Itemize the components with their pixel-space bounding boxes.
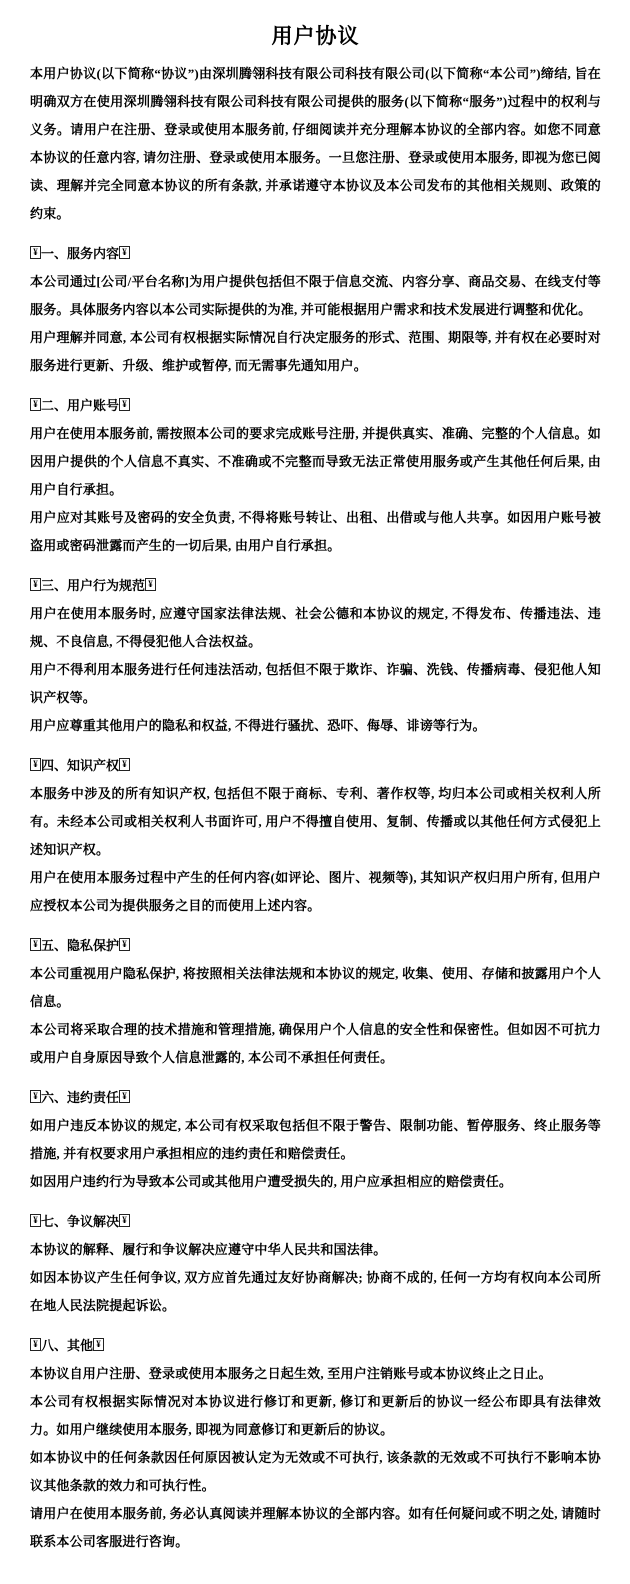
missing-glyph-icon: ¥ xyxy=(30,398,41,411)
missing-glyph-icon: ¥ xyxy=(30,578,41,591)
missing-glyph-icon: ¥ xyxy=(119,246,130,259)
section-user-account: ¥二、用户账号¥ 用户在使用本服务前, 需按照本公司的要求完成账号注册, 并提供… xyxy=(30,392,601,560)
section-heading: ¥八、其他¥ xyxy=(30,1332,601,1360)
section-heading-text: 四、知识产权 xyxy=(41,758,119,773)
section-heading: ¥二、用户账号¥ xyxy=(30,392,601,420)
paragraph: 用户在使用本服务过程中产生的任何内容(如评论、图片、视频等), 其知识产权归用户… xyxy=(30,864,601,920)
paragraph: 用户在使用本服务前, 需按照本公司的要求完成账号注册, 并提供真实、准确、完整的… xyxy=(30,420,601,504)
section-heading-text: 八、其他 xyxy=(41,1338,93,1353)
paragraph: 如因用户违约行为导致本公司或其他用户遭受损失的, 用户应承担相应的赔偿责任。 xyxy=(30,1168,601,1196)
section-heading-text: 六、违约责任 xyxy=(41,1090,119,1105)
section-heading-text: 三、用户行为规范 xyxy=(41,578,145,593)
section-dispute-resolution: ¥七、争议解决¥ 本协议的解释、履行和争议解决应遵守中华人民共和国法律。 如因本… xyxy=(30,1208,601,1320)
missing-glyph-icon: ¥ xyxy=(145,578,156,591)
missing-glyph-icon: ¥ xyxy=(30,938,41,951)
section-breach-liability: ¥六、违约责任¥ 如用户违反本协议的规定, 本公司有权采取包括但不限于警告、限制… xyxy=(30,1084,601,1196)
section-miscellaneous: ¥八、其他¥ 本协议自用户注册、登录或使用本服务之日起生效, 至用户注销账号或本… xyxy=(30,1332,601,1556)
section-intellectual-property: ¥四、知识产权¥ 本服务中涉及的所有知识产权, 包括但不限于商标、专利、著作权等… xyxy=(30,752,601,920)
missing-glyph-icon: ¥ xyxy=(119,758,130,771)
paragraph: 本公司有权根据实际情况对本协议进行修订和更新, 修订和更新后的协议一经公布即具有… xyxy=(30,1388,601,1444)
section-heading-text: 七、争议解决 xyxy=(41,1214,119,1229)
paragraph: 本协议自用户注册、登录或使用本服务之日起生效, 至用户注销账号或本协议终止之日止… xyxy=(30,1360,601,1388)
missing-glyph-icon: ¥ xyxy=(119,398,130,411)
paragraph: 本服务中涉及的所有知识产权, 包括但不限于商标、专利、著作权等, 均归本公司或相… xyxy=(30,780,601,864)
missing-glyph-icon: ¥ xyxy=(119,1090,130,1103)
section-heading-text: 五、隐私保护 xyxy=(41,938,119,953)
section-heading: ¥六、违约责任¥ xyxy=(30,1084,601,1112)
missing-glyph-icon: ¥ xyxy=(30,1214,41,1227)
paragraph: 用户理解并同意, 本公司有权根据实际情况自行决定服务的形式、范围、期限等, 并有… xyxy=(30,324,601,380)
missing-glyph-icon: ¥ xyxy=(30,1338,41,1351)
section-heading: ¥五、隐私保护¥ xyxy=(30,932,601,960)
section-heading-text: 一、服务内容 xyxy=(41,246,119,261)
section-privacy: ¥五、隐私保护¥ 本公司重视用户隐私保护, 将按照相关法律法规和本协议的规定, … xyxy=(30,932,601,1072)
missing-glyph-icon: ¥ xyxy=(119,1214,130,1227)
intro-paragraph: 本用户协议(以下简称“协议”)由深圳腾翎科技有限公司科技有限公司(以下简称“本公… xyxy=(30,60,601,228)
paragraph: 如本协议中的任何条款因任何原因被认定为无效或不可执行, 该条款的无效或不可执行不… xyxy=(30,1444,601,1500)
paragraph: 用户应尊重其他用户的隐私和权益, 不得进行骚扰、恐吓、侮辱、诽谤等行为。 xyxy=(30,712,601,740)
user-agreement-document: 用户协议 本用户协议(以下简称“协议”)由深圳腾翎科技有限公司科技有限公司(以下… xyxy=(0,0,630,1584)
section-heading: ¥四、知识产权¥ xyxy=(30,752,601,780)
paragraph: 本协议的解释、履行和争议解决应遵守中华人民共和国法律。 xyxy=(30,1236,601,1264)
paragraph: 如用户违反本协议的规定, 本公司有权采取包括但不限于警告、限制功能、暂停服务、终… xyxy=(30,1112,601,1168)
paragraph: 本公司通过[公司/平台名称]为用户提供包括但不限于信息交流、内容分享、商品交易、… xyxy=(30,268,601,324)
missing-glyph-icon: ¥ xyxy=(30,246,41,259)
paragraph: 本公司将采取合理的技术措施和管理措施, 确保用户个人信息的安全性和保密性。但如因… xyxy=(30,1016,601,1072)
missing-glyph-icon: ¥ xyxy=(30,758,41,771)
section-heading: ¥三、用户行为规范¥ xyxy=(30,572,601,600)
paragraph: 用户不得利用本服务进行任何违法活动, 包括但不限于欺诈、诈骗、洗钱、传播病毒、侵… xyxy=(30,656,601,712)
missing-glyph-icon: ¥ xyxy=(93,1338,104,1351)
paragraph: 如因本协议产生任何争议, 双方应首先通过友好协商解决; 协商不成的, 任何一方均… xyxy=(30,1264,601,1320)
section-heading-text: 二、用户账号 xyxy=(41,398,119,413)
section-user-conduct: ¥三、用户行为规范¥ 用户在使用本服务时, 应遵守国家法律法规、社会公德和本协议… xyxy=(30,572,601,740)
paragraph: 用户应对其账号及密码的安全负责, 不得将账号转让、出租、出借或与他人共享。如因用… xyxy=(30,504,601,560)
page-title: 用户协议 xyxy=(30,20,601,50)
missing-glyph-icon: ¥ xyxy=(30,1090,41,1103)
section-heading: ¥七、争议解决¥ xyxy=(30,1208,601,1236)
missing-glyph-icon: ¥ xyxy=(119,938,130,951)
section-service-content: ¥一、服务内容¥ 本公司通过[公司/平台名称]为用户提供包括但不限于信息交流、内… xyxy=(30,240,601,380)
section-heading: ¥一、服务内容¥ xyxy=(30,240,601,268)
paragraph: 本公司重视用户隐私保护, 将按照相关法律法规和本协议的规定, 收集、使用、存储和… xyxy=(30,960,601,1016)
paragraph: 请用户在使用本服务前, 务必认真阅读并理解本协议的全部内容。如有任何疑问或不明之… xyxy=(30,1500,601,1556)
paragraph: 用户在使用本服务时, 应遵守国家法律法规、社会公德和本协议的规定, 不得发布、传… xyxy=(30,600,601,656)
